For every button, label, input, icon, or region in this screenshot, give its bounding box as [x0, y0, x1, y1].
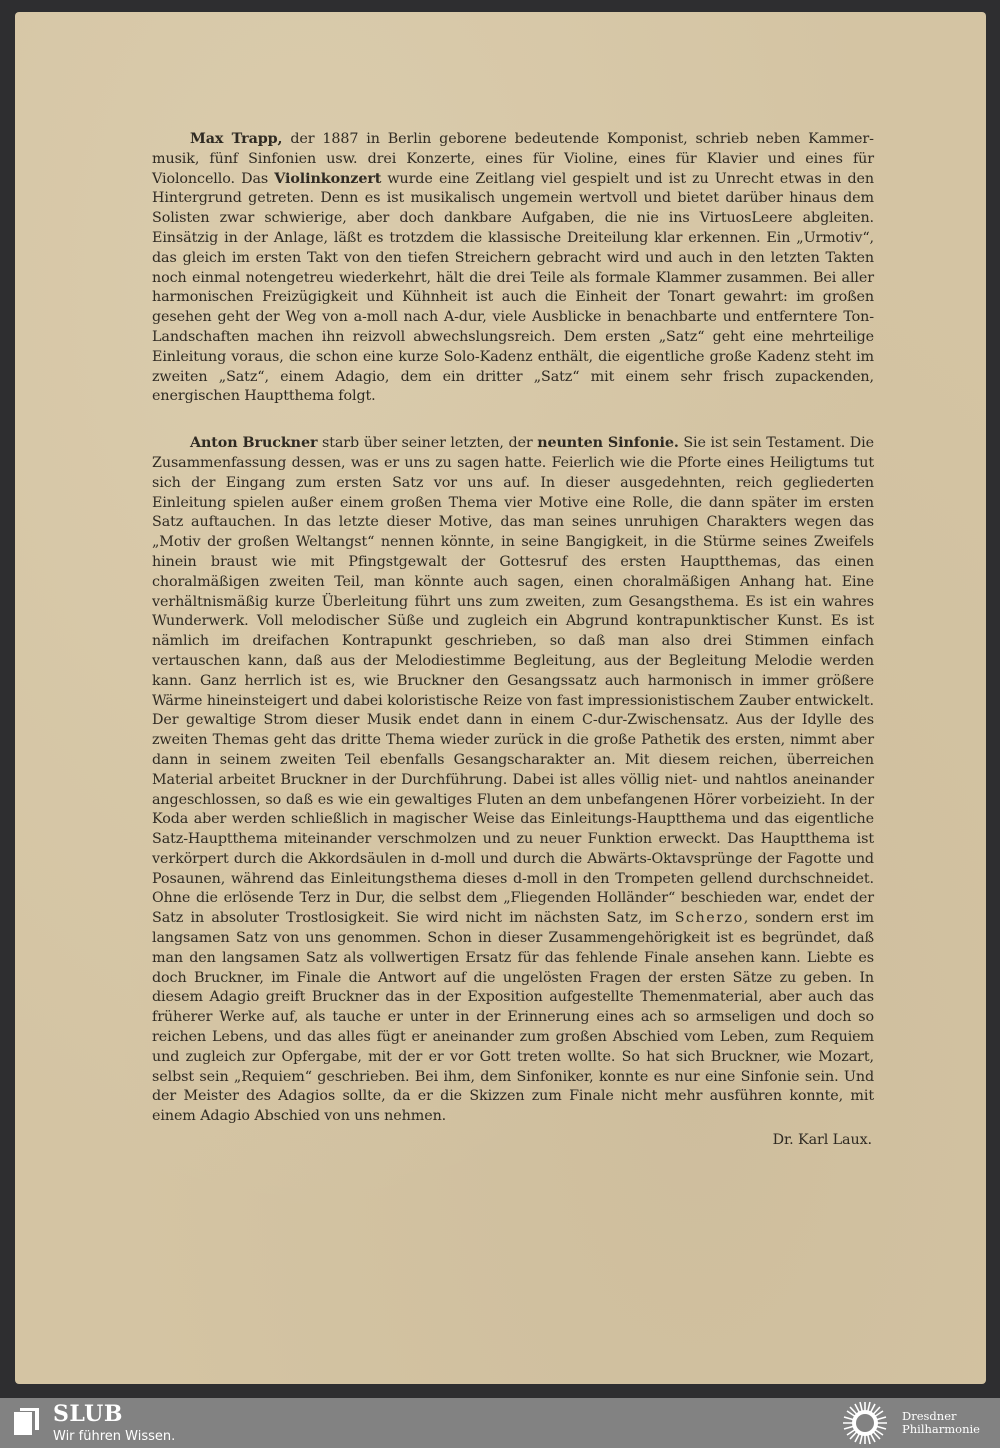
- scanned-page: Max Trapp, der 1887 in Berlin geborene b…: [15, 12, 986, 1384]
- philharmonie-line2: Philharmonie: [902, 1423, 980, 1436]
- bold-lead-bruckner: Anton Bruckner: [190, 435, 317, 451]
- slub-tagline: Wir führen Wissen.: [53, 1429, 175, 1444]
- paragraph-text: starb über seiner letzten, der: [317, 435, 537, 451]
- author-signature: Dr. Karl Laux.: [152, 1131, 874, 1151]
- bold-neunten-sinfonie: neunten Sinfonie.: [537, 435, 679, 451]
- spaced-word-scherzo: Scherzo: [675, 910, 744, 926]
- paragraph-text: Sie ist sein Testament. Die Zusammenfass…: [152, 435, 874, 926]
- slub-book-icon: [13, 1406, 41, 1436]
- philharmonie-sunburst-icon: [841, 1400, 889, 1446]
- paragraph-text: , sondern erst im langsamen Satz von uns…: [152, 910, 874, 1124]
- bold-lead-max-trapp: Max Trapp,: [190, 131, 282, 147]
- footer-bar: SLUB Wir führen Wissen. Dresdner Philhar…: [0, 1398, 1000, 1448]
- paragraph-max-trapp: Max Trapp, der 1887 in Berlin geborene b…: [152, 130, 874, 407]
- philharmonie-logo-text: Dresdner Philharmonie: [902, 1410, 980, 1436]
- paragraph-bruckner: Anton Bruckner starb über seiner letzten…: [152, 434, 874, 1127]
- paragraph-text: wurde eine Zeitlang viel gespielt und is…: [152, 171, 874, 405]
- bold-violinkonzert: Violinkonzert: [274, 171, 381, 187]
- slub-logo-text: SLUB: [53, 1401, 123, 1427]
- article-text: Max Trapp, der 1887 in Berlin geborene b…: [152, 130, 874, 1151]
